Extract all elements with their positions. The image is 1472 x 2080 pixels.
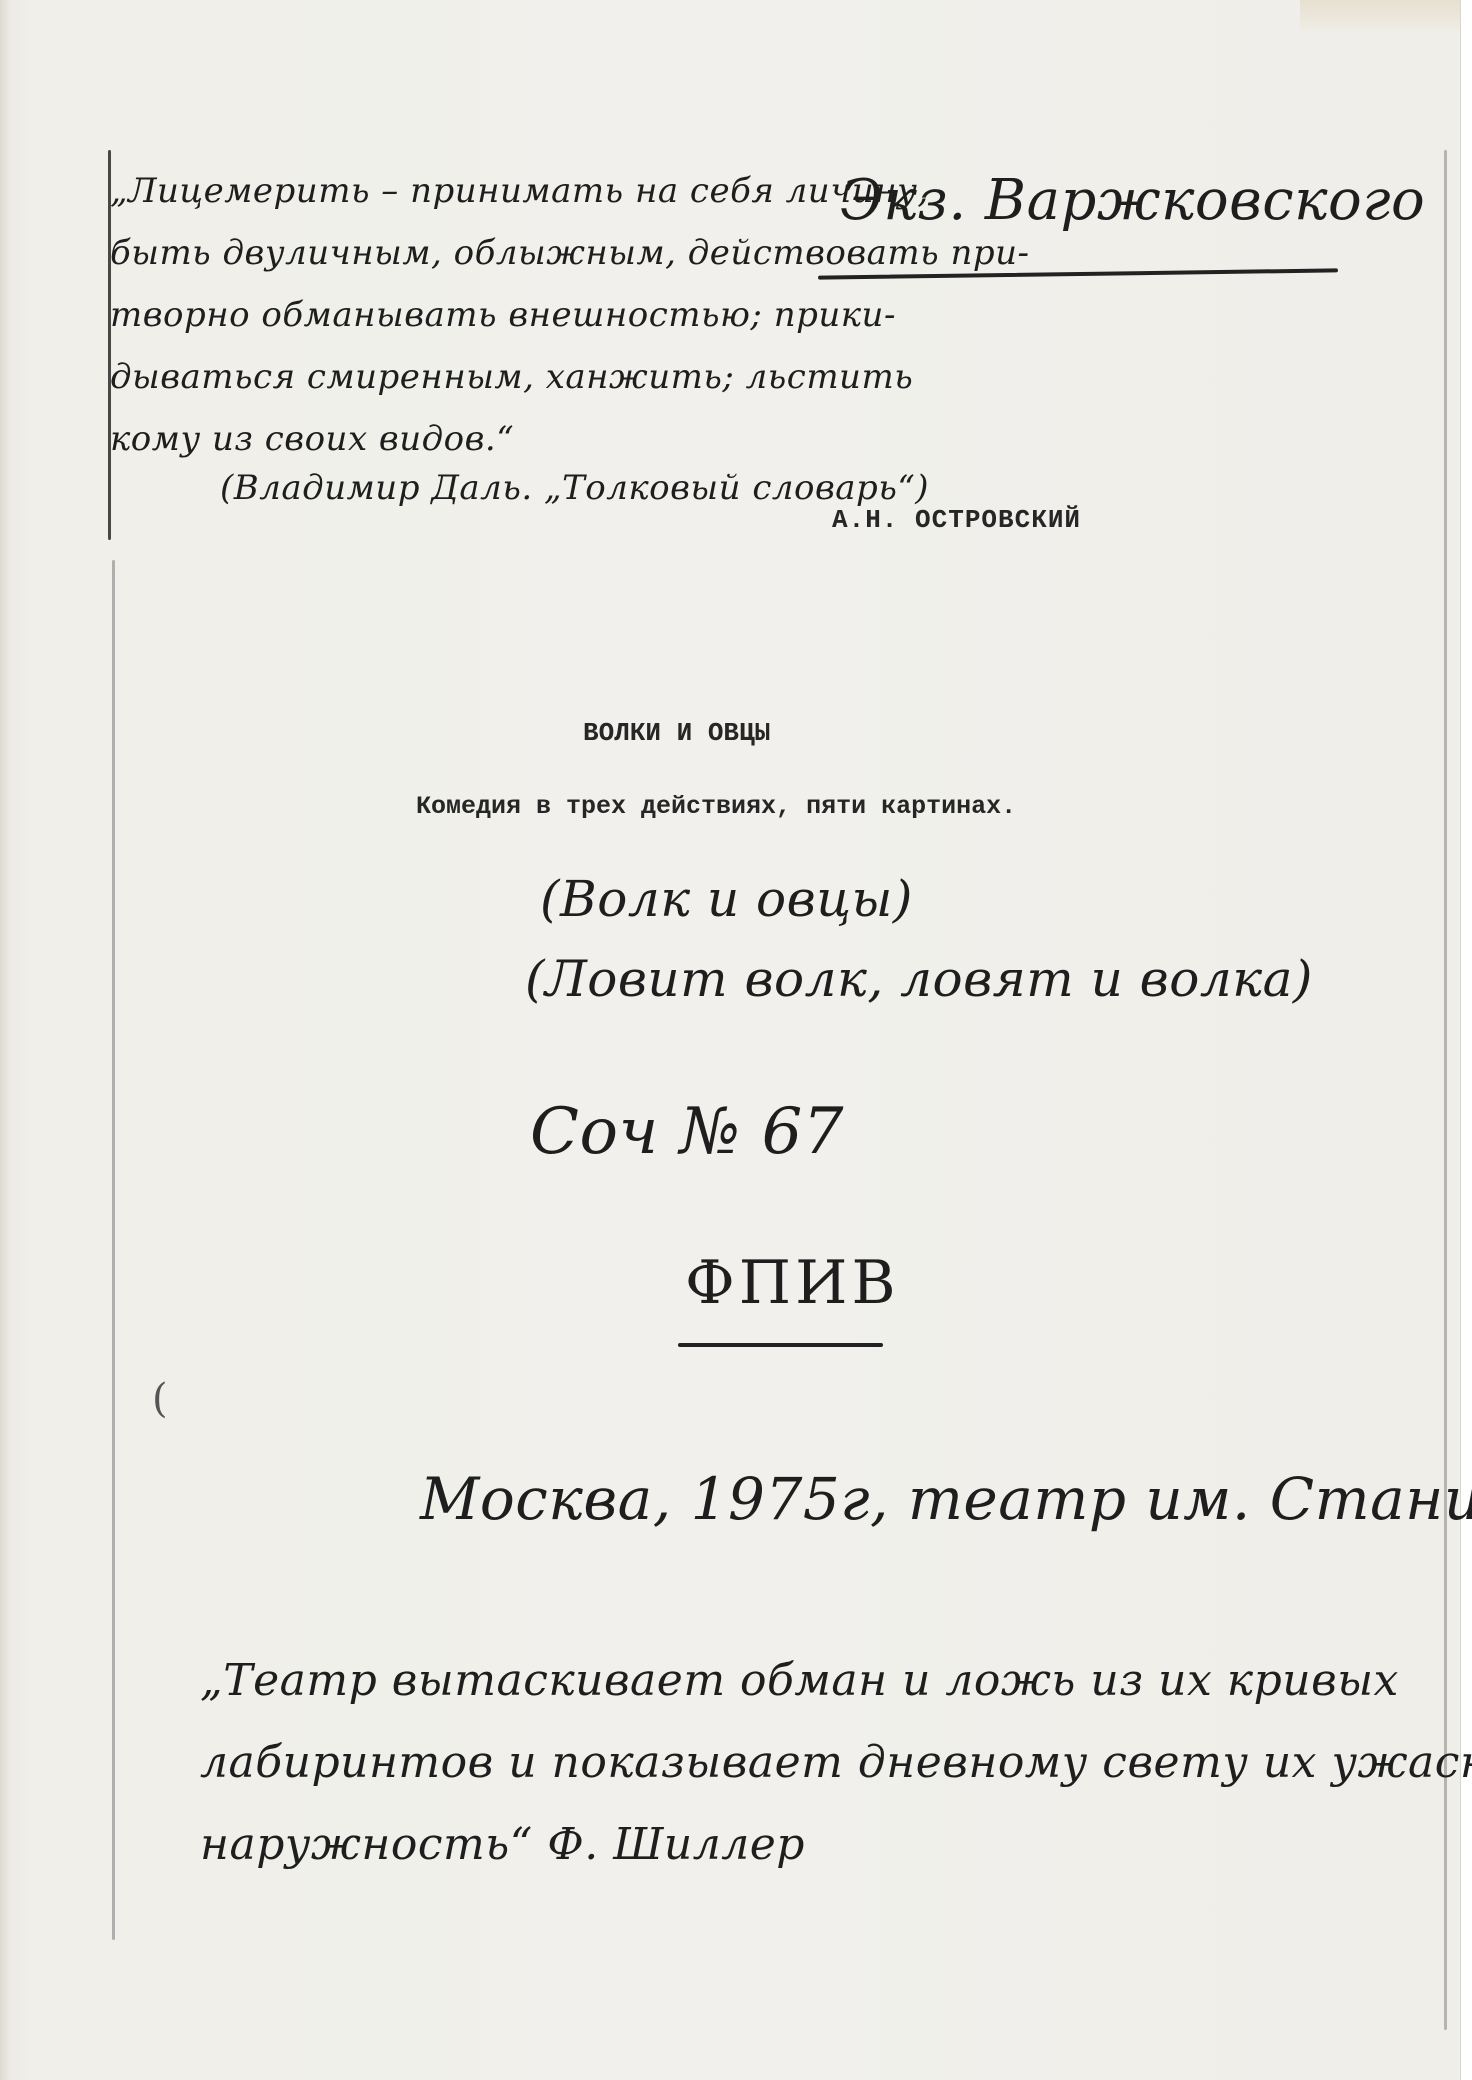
play-title: ВОЛКИ И ОВЦЫ — [583, 718, 770, 748]
note-line: дываться смиренным, ханжить; льстить — [110, 346, 1030, 408]
note-line: кому из своих видов.“ — [110, 408, 1030, 470]
paper-edge-stain — [1300, 0, 1460, 30]
play-subtitle: Комедия в трех действиях, пяти картинах. — [416, 792, 1016, 821]
schiller-epigraph: „Театр вытаскивает обман и ложь из их кр… — [200, 1640, 1472, 1886]
author-name: А.Н. ОСТРОВСКИЙ — [832, 505, 1081, 535]
epigraph-line: наружность“ Ф. Шиллер — [200, 1804, 1472, 1886]
place-and-date: Москва, 1975г, театр им. Станиславского. — [420, 1465, 1472, 1533]
alt-title-2: (Ловит волк, ловят и волка) — [525, 950, 1313, 1008]
dahl-citation: (Владимир Даль. „Толковый словарь“) — [220, 468, 929, 508]
stray-mark: ( — [152, 1376, 168, 1422]
left-margin-line-lower — [112, 560, 115, 1940]
document-page: „Лицемерить – принимать на себя личину, … — [0, 0, 1461, 2080]
note-line: творно обманывать внешностью; прики- — [110, 284, 1030, 346]
collection-number: Соч № 67 — [530, 1095, 844, 1169]
stamp-abbreviation: ФПИВ — [685, 1248, 900, 1318]
alt-title-1: (Волк и овцы) — [540, 870, 913, 928]
fpiv-underline — [678, 1343, 883, 1347]
epigraph-line: „Театр вытаскивает обман и ложь из их кр… — [200, 1640, 1472, 1722]
epigraph-line: лабиринтов и показывает дневному свету и… — [200, 1722, 1472, 1804]
exemplar-note: Экз. Варжковского — [840, 168, 1425, 233]
